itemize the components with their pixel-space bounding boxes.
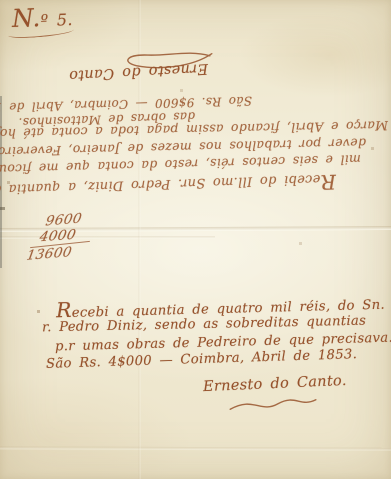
paper-specks <box>0 0 1 1</box>
manuscript-page: N.º 5. Ernesto do Canto São Rs. 9$600 — … <box>0 0 391 479</box>
signature: Ernesto do Canto. <box>203 373 347 395</box>
signature: Ernesto do Canto <box>58 60 209 84</box>
sum-total: 13600 <box>25 244 73 264</box>
scan-edge-shadow <box>0 207 5 210</box>
fold-crease <box>0 446 391 450</box>
fold-crease <box>0 236 215 239</box>
signature-paraph <box>225 391 321 418</box>
